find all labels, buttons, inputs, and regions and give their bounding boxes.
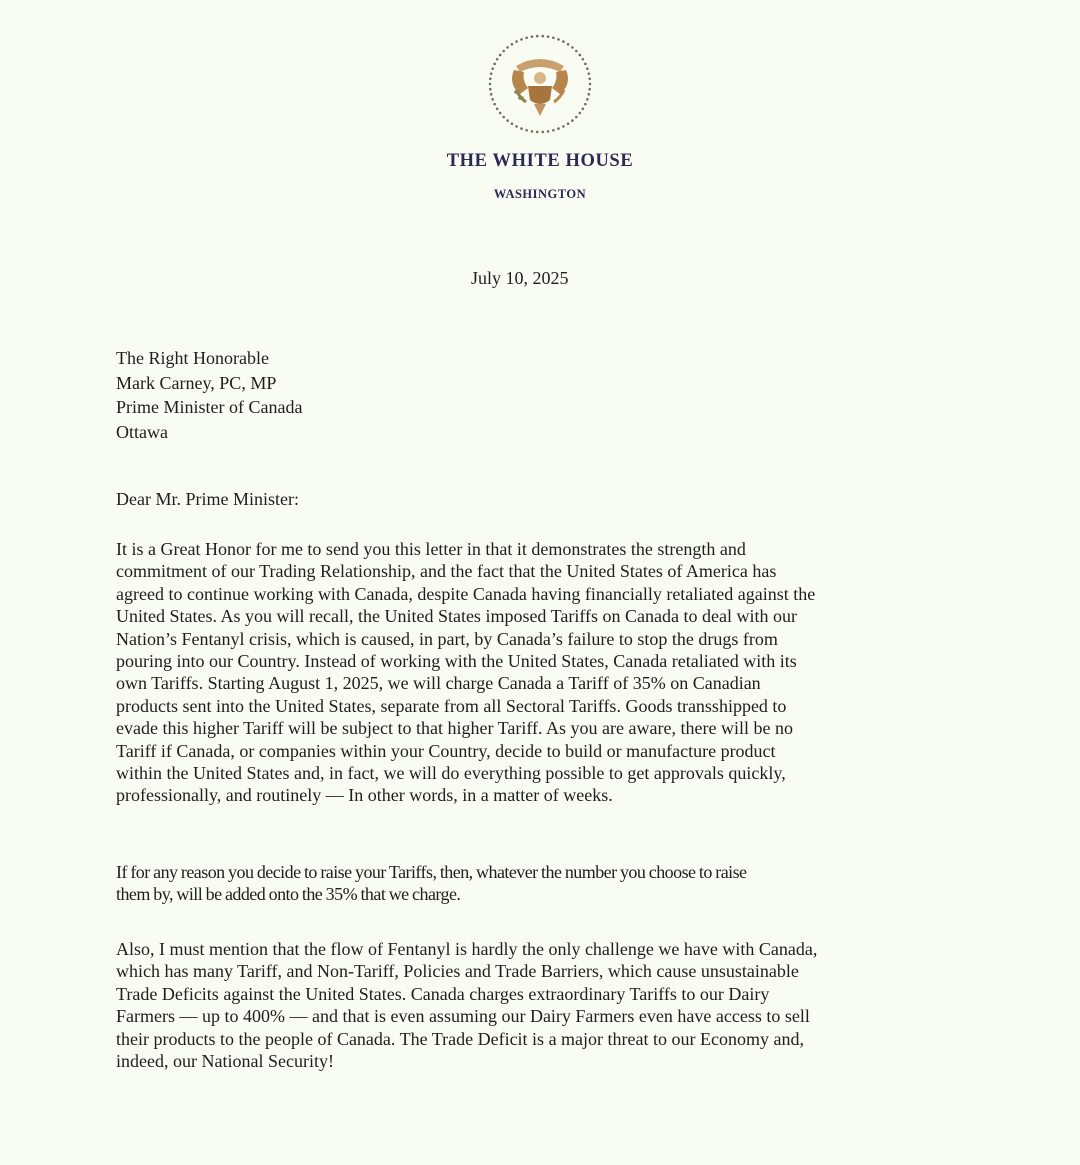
paragraph-line: Trade Deficits against the United States… [116,983,956,1005]
paragraph-line: evade this higher Tariff will be subject… [116,717,956,739]
presidential-seal-icon [486,32,594,136]
paragraph-line: Also, I must mention that the flow of Fe… [116,938,956,960]
paragraph-line: It is a Great Honor for me to send you t… [116,538,956,560]
letter-page: THE WHITE HOUSE WASHINGTON July 10, 2025… [0,0,1080,1165]
paragraph-line: Nation’s Fentanyl crisis, which is cause… [116,628,956,650]
paragraph-line: pouring into our Country. Instead of wor… [116,650,956,672]
paragraph-line: If for any reason you decide to raise yo… [116,861,956,883]
paragraph-line: them by, will be added onto the 35% that… [116,883,956,905]
salutation: Dear Mr. Prime Minister: [116,489,299,510]
paragraph-line: Farmers — up to 400% — and that is even … [116,1005,956,1027]
letter-date: July 10, 2025 [471,268,569,289]
paragraph-line: United States. As you will recall, the U… [116,605,956,627]
paragraph-2: If for any reason you decide to raise yo… [116,861,956,906]
paragraph-line: indeed, our National Security! [116,1050,956,1072]
paragraph-line: professionally, and routinely — In other… [116,784,956,806]
letterhead-title: THE WHITE HOUSE [0,151,1080,172]
recipient-line: The Right Honorable [116,346,302,371]
paragraph-line: commitment of our Trading Relationship, … [116,560,956,582]
paragraph-line: products sent into the United States, se… [116,695,956,717]
recipient-line: Mark Carney, PC, MP [116,371,302,396]
paragraph-line: within the United States and, in fact, w… [116,762,956,784]
paragraph-line: agreed to continue working with Canada, … [116,583,956,605]
paragraph-line: which has many Tariff, and Non-Tariff, P… [116,960,956,982]
recipient-line: Prime Minister of Canada [116,395,302,420]
recipient-address: The Right Honorable Mark Carney, PC, MP … [116,346,302,444]
recipient-line: Ottawa [116,420,302,445]
paragraph-line: their products to the people of Canada. … [116,1028,956,1050]
letterhead-city: WASHINGTON [0,187,1080,202]
paragraph-line: own Tariffs. Starting August 1, 2025, we… [116,672,956,694]
paragraph-3: Also, I must mention that the flow of Fe… [116,938,956,1072]
paragraph-line: Tariff if Canada, or companies within yo… [116,740,956,762]
paragraph-1: It is a Great Honor for me to send you t… [116,538,956,807]
